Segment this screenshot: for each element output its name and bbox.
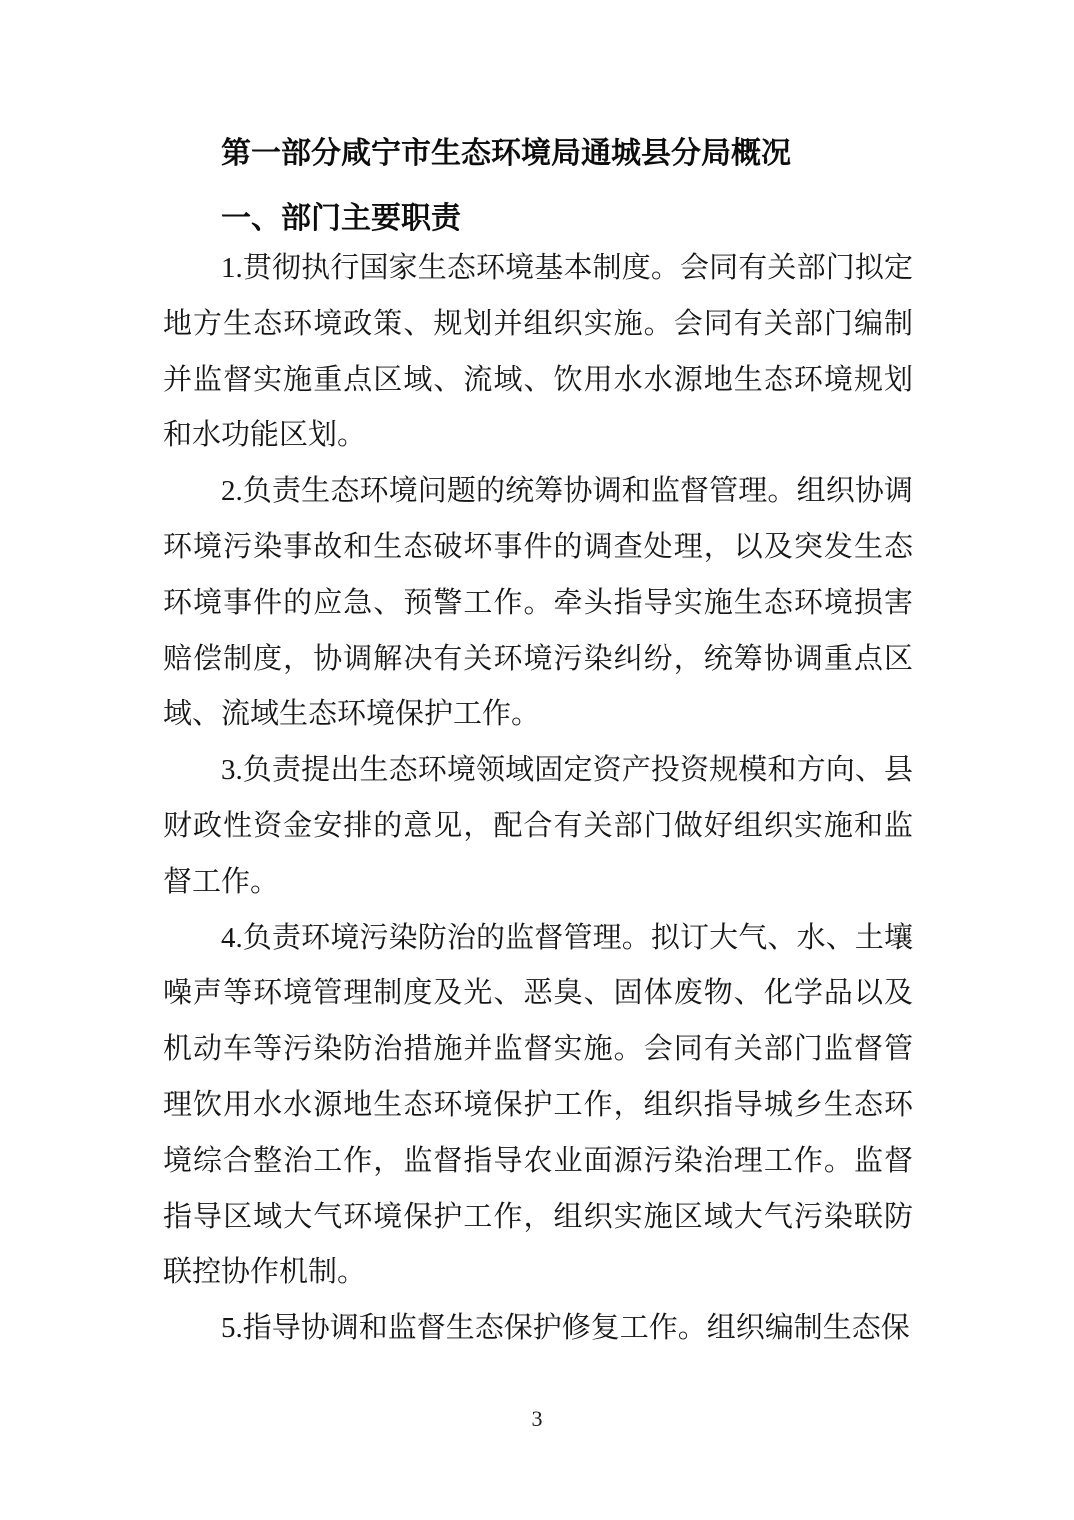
body-text: 1.贯彻执行国家生态环境基本制度。会同有关部门拟定地方生态环境政策、规划并组织实… bbox=[163, 241, 913, 1357]
paragraph-3: 3.负责提出生态环境领域固定资产投资规模和方向、县财政性资金安排的意见，配合有关… bbox=[163, 743, 913, 910]
paragraph-5: 5.指导协调和监督生态保护修复工作。组织编制生态保 bbox=[163, 1301, 913, 1357]
document-page: 第一部分咸宁市生态环境局通城县分局概况 一、部门主要职责 1.贯彻执行国家生态环… bbox=[0, 0, 1074, 1520]
paragraph-4: 4.负责环境污染防治的监督管理。拟订大气、水、土壤噪声等环境管理制度及光、恶臭、… bbox=[163, 911, 913, 1302]
section-heading: 一、部门主要职责 bbox=[163, 197, 913, 241]
document-title: 第一部分咸宁市生态环境局通城县分局概况 bbox=[163, 132, 913, 176]
page-number: 3 bbox=[0, 1406, 1074, 1432]
document-content: 第一部分咸宁市生态环境局通城县分局概况 一、部门主要职责 1.贯彻执行国家生态环… bbox=[163, 0, 913, 1357]
paragraph-2: 2.负责生态环境问题的统筹协调和监督管理。组织协调环境污染事故和生态破坏事件的调… bbox=[163, 464, 913, 743]
paragraph-1: 1.贯彻执行国家生态环境基本制度。会同有关部门拟定地方生态环境政策、规划并组织实… bbox=[163, 241, 913, 464]
